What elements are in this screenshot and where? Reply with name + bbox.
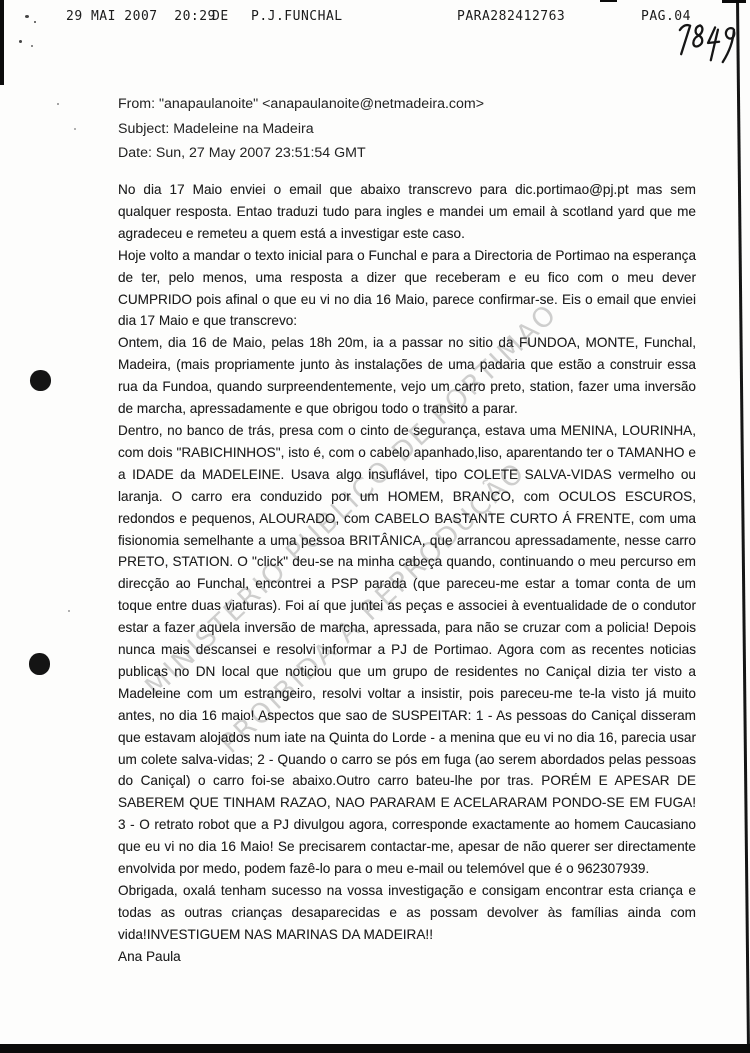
letter-body: No dia 17 Maio enviei o email que abaixo…: [118, 179, 696, 968]
scan-edge-bottom: [0, 1044, 750, 1053]
scan-speck: [31, 45, 33, 47]
email-subject-line: Subject: Madeleine na Madeira: [118, 117, 678, 142]
body-paragraph: Ontem, dia 16 de Maio, pelas 18h 20m, ia…: [118, 332, 696, 420]
scan-speck: [25, 15, 29, 18]
scan-speck: [57, 103, 59, 105]
email-date-line: Date: Sun, 27 May 2007 23:51:54 GMT: [118, 141, 678, 166]
fax-scanned-page: 29 MAI 2007 20:29 DE P.J.FUNCHAL PARA282…: [0, 0, 750, 1053]
scan-edge-left: [0, 0, 4, 85]
email-from-line: From: "anapaulanoite" <anapaulanoite@net…: [118, 92, 678, 117]
signature: Ana Paula: [118, 946, 696, 968]
scan-speck: [34, 21, 36, 23]
scan-edge-right: [736, 0, 749, 1050]
scan-edge-top-tick: [722, 0, 746, 3]
scan-speck: [68, 610, 70, 612]
fax-datetime: 29 MAI 2007 20:29: [66, 9, 216, 24]
fax-sender: P.J.FUNCHAL: [251, 9, 343, 24]
body-paragraph: Obrigada, oxalá tenham sucesso na vossa …: [118, 880, 696, 946]
fax-direction-label: DE: [212, 9, 229, 24]
body-paragraph: Hoje volto a mandar o texto inicial para…: [118, 245, 696, 333]
body-paragraph: No dia 17 Maio enviei o email que abaixo…: [118, 179, 696, 245]
body-paragraph: Dentro, no banco de trás, presa com o ci…: [118, 420, 696, 880]
punch-hole-mark: [30, 370, 51, 391]
punch-hole-mark: [29, 653, 50, 675]
scan-speck: [74, 128, 76, 130]
fax-recipient-number: PARA282412763: [457, 9, 565, 24]
scan-edge-top-tick: [600, 0, 617, 2]
handwritten-page-number: [674, 18, 741, 68]
scan-speck: [19, 40, 22, 43]
email-header: From: "anapaulanoite" <anapaulanoite@net…: [118, 92, 678, 166]
